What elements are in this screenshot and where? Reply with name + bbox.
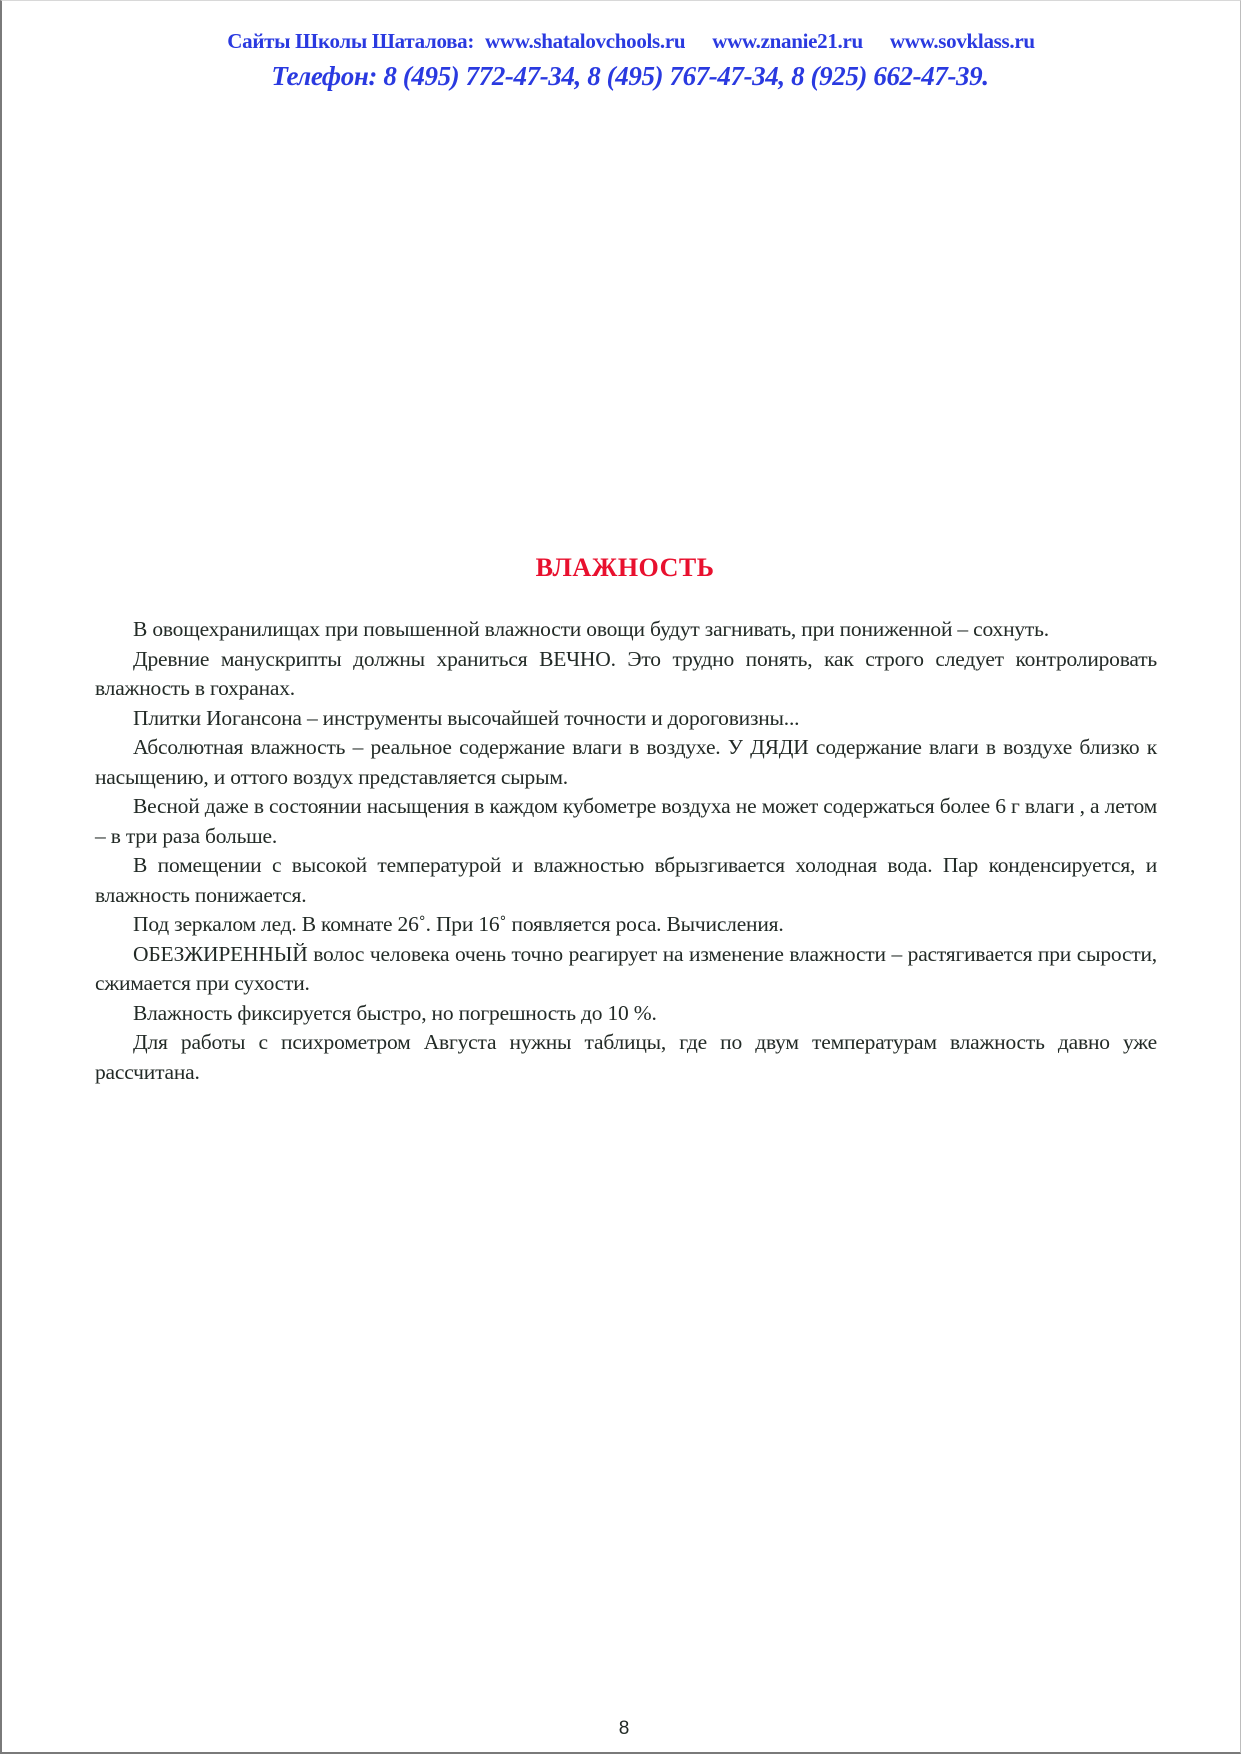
paragraph: Весной даже в состоянии насыщения в кажд… bbox=[95, 792, 1157, 851]
paragraph: Влажность фиксируется быстро, но погрешн… bbox=[95, 999, 1157, 1029]
site-link-sovklass[interactable]: www.sovklass.ru bbox=[890, 29, 1035, 53]
document-title: ВЛАЖНОСТЬ bbox=[2, 553, 1240, 583]
paragraph: В помещении с высокой температурой и вла… bbox=[95, 851, 1157, 910]
document-body: В овощехранилищах при повышенной влажнос… bbox=[95, 615, 1157, 1087]
sites-label: Сайты Школы Шаталова: bbox=[227, 29, 474, 53]
paragraph: Древние манускрипты должны храниться ВЕЧ… bbox=[95, 645, 1157, 704]
school-sites-line: Сайты Школы Шаталова: www.shatalovchools… bbox=[22, 27, 1240, 55]
paragraph: Для работы с психрометром Августа нужны … bbox=[95, 1028, 1157, 1087]
paragraph: В овощехранилищах при повышенной влажнос… bbox=[95, 615, 1157, 645]
phone-numbers: Телефон: 8 (495) 772-47-34, 8 (495) 767-… bbox=[20, 59, 1240, 93]
paragraph: ОБЕЗЖИРЕННЫЙ волос человека очень точно … bbox=[95, 940, 1157, 999]
paragraph: Абсолютная влажность – реальное содержан… bbox=[95, 733, 1157, 792]
site-link-shatalovchools[interactable]: www.shatalovchools.ru bbox=[485, 29, 685, 53]
paragraph: Под зеркалом лед. В комнате 26˚. При 16˚… bbox=[95, 910, 1157, 940]
page-number: 8 bbox=[2, 1718, 1240, 1740]
paragraph: Плитки Иогансона – инструменты высочайше… bbox=[95, 704, 1157, 734]
site-link-znanie21[interactable]: www.znanie21.ru bbox=[712, 29, 863, 53]
page-header: Сайты Школы Шаталова: www.shatalovchools… bbox=[2, 27, 1240, 93]
